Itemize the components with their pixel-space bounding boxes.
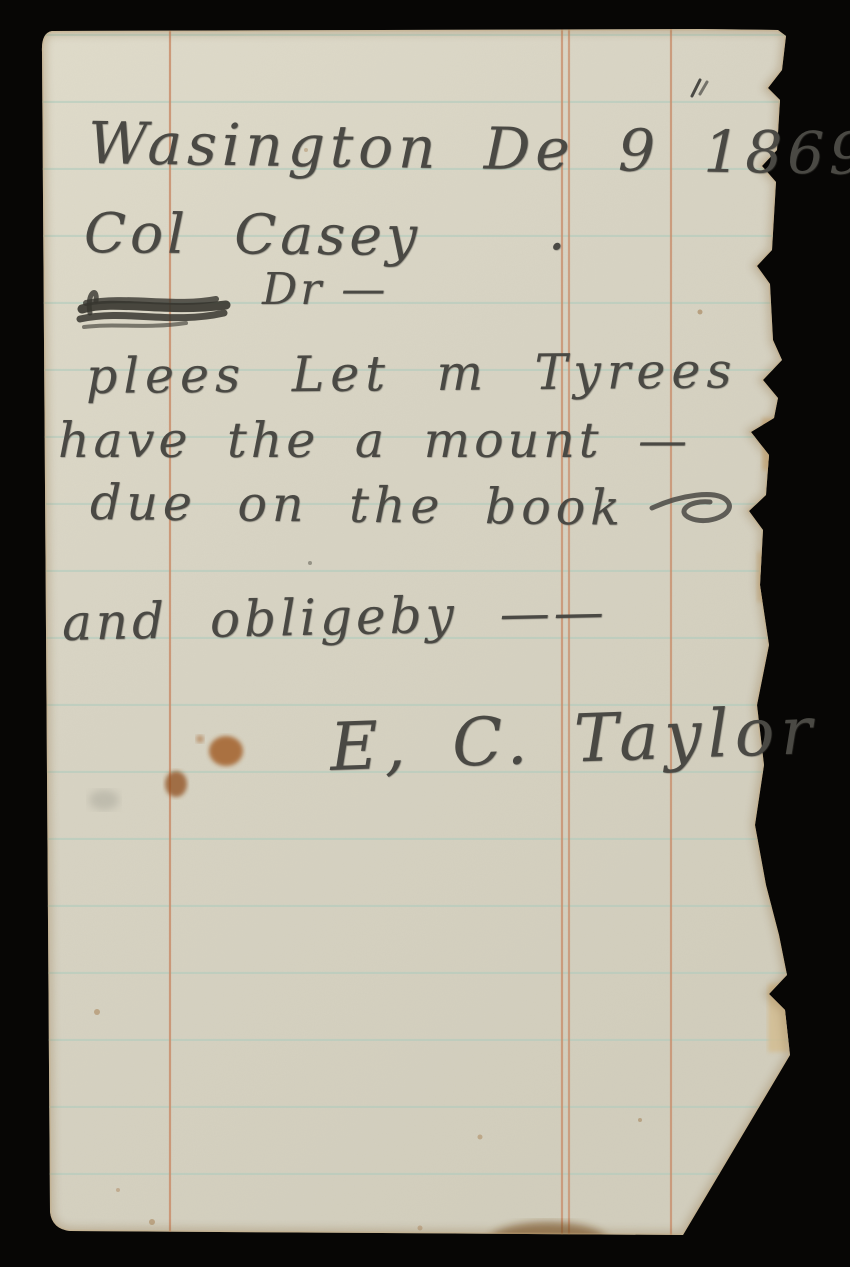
handwriting-period: . [548, 200, 565, 261]
handwriting-closing: and obligeby —— [61, 585, 608, 651]
handwriting-body-line-1: plees Let m Tyrees [86, 344, 738, 404]
handwriting-body-line-2: have the a mount — [58, 414, 691, 468]
handwriting-signature: E, C. Taylor [329, 695, 819, 785]
pencil-tick-mark [684, 74, 714, 102]
photo-black-backdrop: Wasington De 9 1869 Col Casey . Dr — ple… [0, 0, 850, 1267]
handwriting-addressee: Col Casey [84, 203, 422, 266]
crossed-out-word-scribble [76, 283, 246, 335]
loop-flourish [648, 478, 738, 534]
handwriting-body-line-3: due on the book [90, 476, 626, 535]
handwriting-salutation-abbrev: Dr — [262, 266, 388, 314]
handwriting-place-date: Wasington De 9 1869 [88, 112, 850, 187]
